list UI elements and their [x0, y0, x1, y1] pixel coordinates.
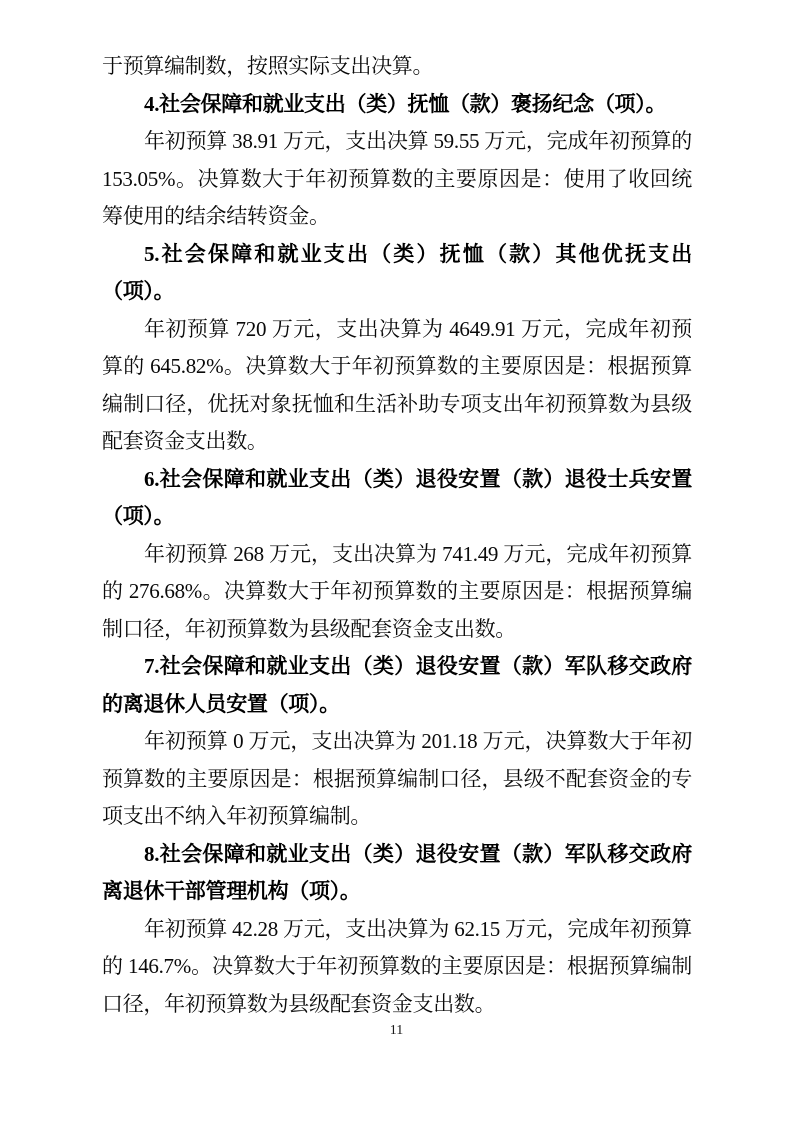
- heading-item-4: 4.社会保障和就业支出（类）抚恤（款）褒扬纪念（项）。: [102, 86, 692, 124]
- paragraph-item-6: 年初预算 268 万元，支出决算为 741.49 万元，完成年初预算的 276.…: [102, 536, 692, 649]
- paragraph-item-5: 年初预算 720 万元，支出决算为 4649.91 万元，完成年初预算的 645…: [102, 311, 692, 461]
- heading-item-5: 5.社会保障和就业支出（类）抚恤（款）其他优抚支出（项）。: [102, 236, 692, 311]
- page-number: 11: [0, 1022, 793, 1040]
- page-content: 于预算编制数，按照实际支出决算。 4.社会保障和就业支出（类）抚恤（款）褒扬纪念…: [102, 48, 692, 1023]
- paragraph-item-4: 年初预算 38.91 万元，支出决算 59.55 万元，完成年初预算的 153.…: [102, 123, 692, 236]
- heading-item-8: 8.社会保障和就业支出（类）退役安置（款）军队移交政府离退休干部管理机构（项）。: [102, 836, 692, 911]
- paragraph-item-8: 年初预算 42.28 万元，支出决算为 62.15 万元，完成年初预算的 146…: [102, 911, 692, 1024]
- paragraph-continuation: 于预算编制数，按照实际支出决算。: [102, 48, 692, 86]
- heading-item-7: 7.社会保障和就业支出（类）退役安置（款）军队移交政府的离退休人员安置（项）。: [102, 648, 692, 723]
- heading-item-6: 6.社会保障和就业支出（类）退役安置（款）退役士兵安置（项）。: [102, 461, 692, 536]
- document-page: 于预算编制数，按照实际支出决算。 4.社会保障和就业支出（类）抚恤（款）褒扬纪念…: [0, 0, 793, 1122]
- paragraph-item-7: 年初预算 0 万元，支出决算为 201.18 万元，决算数大于年初预算数的主要原…: [102, 723, 692, 836]
